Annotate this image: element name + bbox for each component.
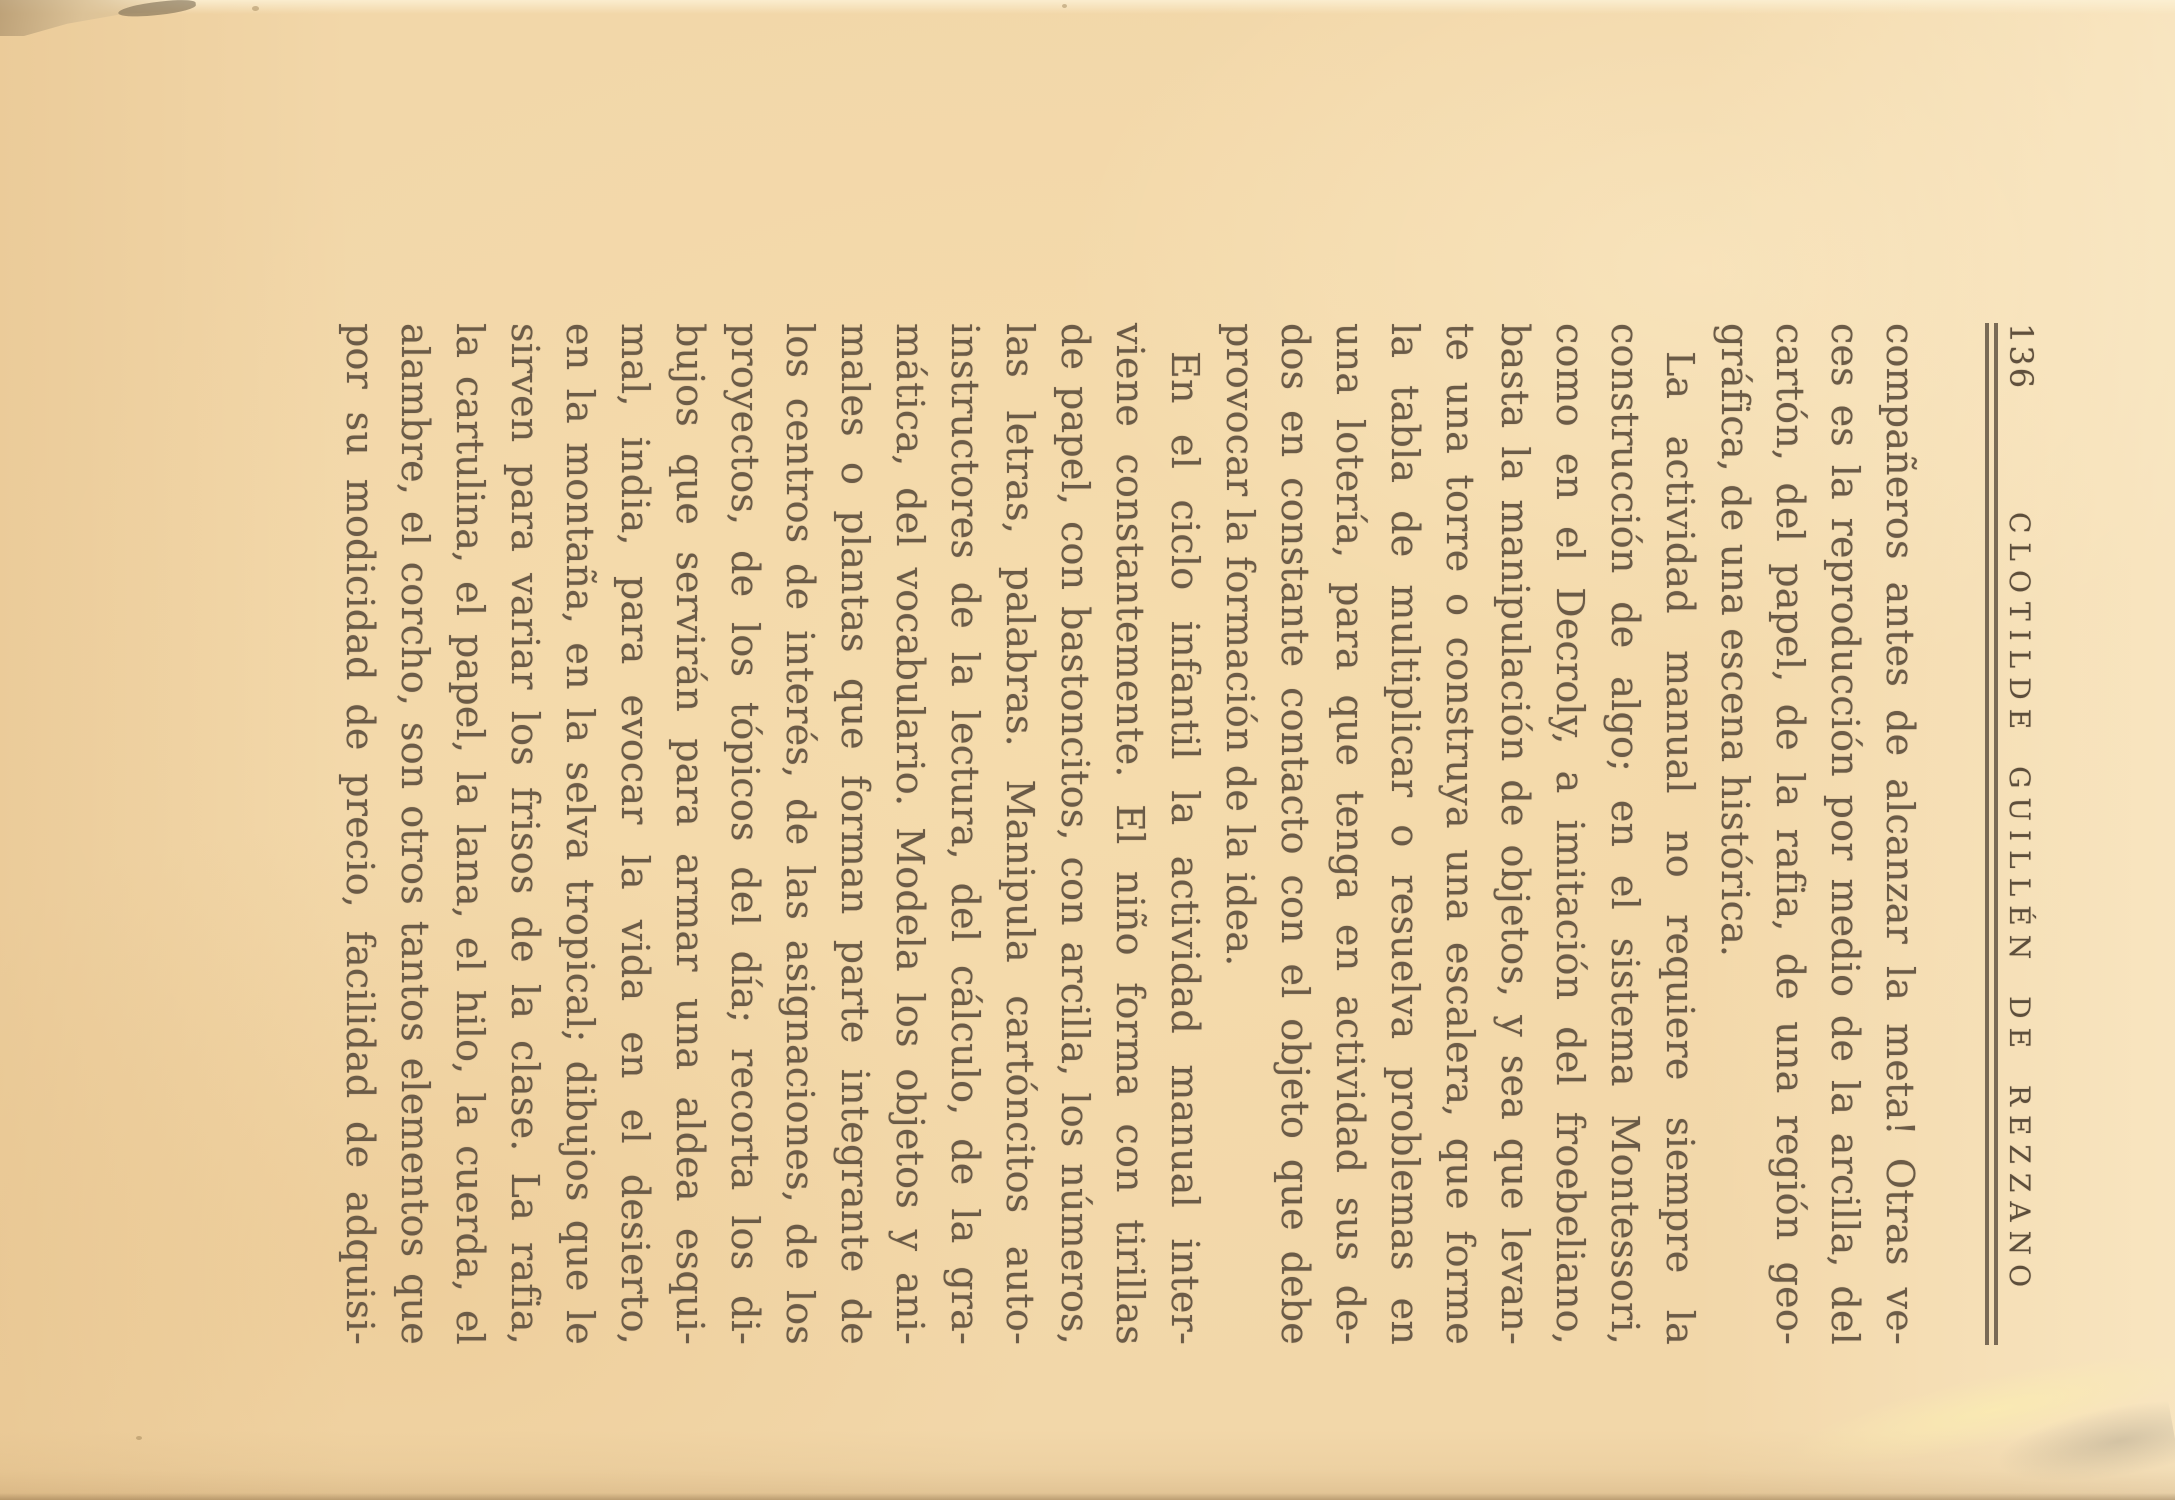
text-line: proyectos, de los tópicos del día; recor… — [717, 323, 772, 1345]
text-line: te una torre o construya una escalera, q… — [1432, 323, 1487, 1345]
rotated-page: 136 CLOTILDE GUILLÉN DE REZZANO compañer… — [0, 0, 2175, 1500]
text-line: de papel, con bastoncitos, con arcilla, … — [1047, 323, 1102, 1345]
page-number: 136 — [2002, 323, 2040, 390]
text-line: la cartulina, el papel, la lana, el hilo… — [442, 323, 497, 1345]
text-line: por su modicidad de precio, facilidad de… — [332, 323, 387, 1345]
text-line: La actividad manual no requiere siempre … — [1652, 323, 1707, 1345]
text-line: En el ciclo infantil la actividad manual… — [1157, 323, 1212, 1345]
text-line: males o plantas que forman parte integra… — [827, 323, 882, 1345]
text-line: en la montaña, en la selva tropical; dib… — [552, 323, 607, 1345]
page-text-area: 136 CLOTILDE GUILLÉN DE REZZANO compañer… — [332, 323, 2042, 1345]
running-header: 136 CLOTILDE GUILLÉN DE REZZANO — [1998, 323, 2042, 1345]
text-line: bujos que servirán para armar una aldea … — [662, 323, 717, 1345]
text-line: alambre, el corcho, son otros tantos ele… — [387, 323, 442, 1345]
text-line: mal, india, para evocar la vida en el de… — [607, 323, 662, 1345]
text-line: sirven para variar los frisos de la clas… — [497, 323, 552, 1345]
text-line: dos en constante contacto con el objeto … — [1267, 323, 1322, 1345]
running-title: CLOTILDE GUILLÉN DE REZZANO — [2003, 512, 2036, 1296]
text-line: provocar la formación de la idea. — [1212, 323, 1267, 1345]
text-line: viene constantemente. El niño forma con … — [1102, 323, 1157, 1345]
text-line: gráfica, de una escena histórica. — [1707, 323, 1762, 1345]
text-line: construcción de algo; en el sistema Mont… — [1597, 323, 1652, 1345]
text-line: ces es la reproducción por medio de la a… — [1817, 323, 1872, 1345]
text-line: cartón, del papel, de la rafia, de una r… — [1762, 323, 1817, 1345]
text-line: las letras, palabras. Manipula cartóncit… — [992, 323, 1047, 1345]
text-line: compañeros antes de alcanzar la meta! Ot… — [1872, 323, 1927, 1345]
text-line: instructores de la lectura, del cálculo,… — [937, 323, 992, 1345]
book-page-photo: 136 CLOTILDE GUILLÉN DE REZZANO compañer… — [0, 0, 2175, 1500]
double-rule — [1985, 323, 1998, 1345]
text-line: la tabla de multiplicar o resuelva probl… — [1377, 323, 1432, 1345]
text-line: basta la manipulación de objetos, y sea … — [1487, 323, 1542, 1345]
text-line: mática, del vocabulario. Modela los obje… — [882, 323, 937, 1345]
text-line: como en el Decroly, a imitación del froe… — [1542, 323, 1597, 1345]
text-line: una lotería, para que tenga en actividad… — [1322, 323, 1377, 1345]
body-text: compañeros antes de alcanzar la meta! Ot… — [332, 323, 1927, 1345]
text-line: los centros de interés, de las asignacio… — [772, 323, 827, 1345]
